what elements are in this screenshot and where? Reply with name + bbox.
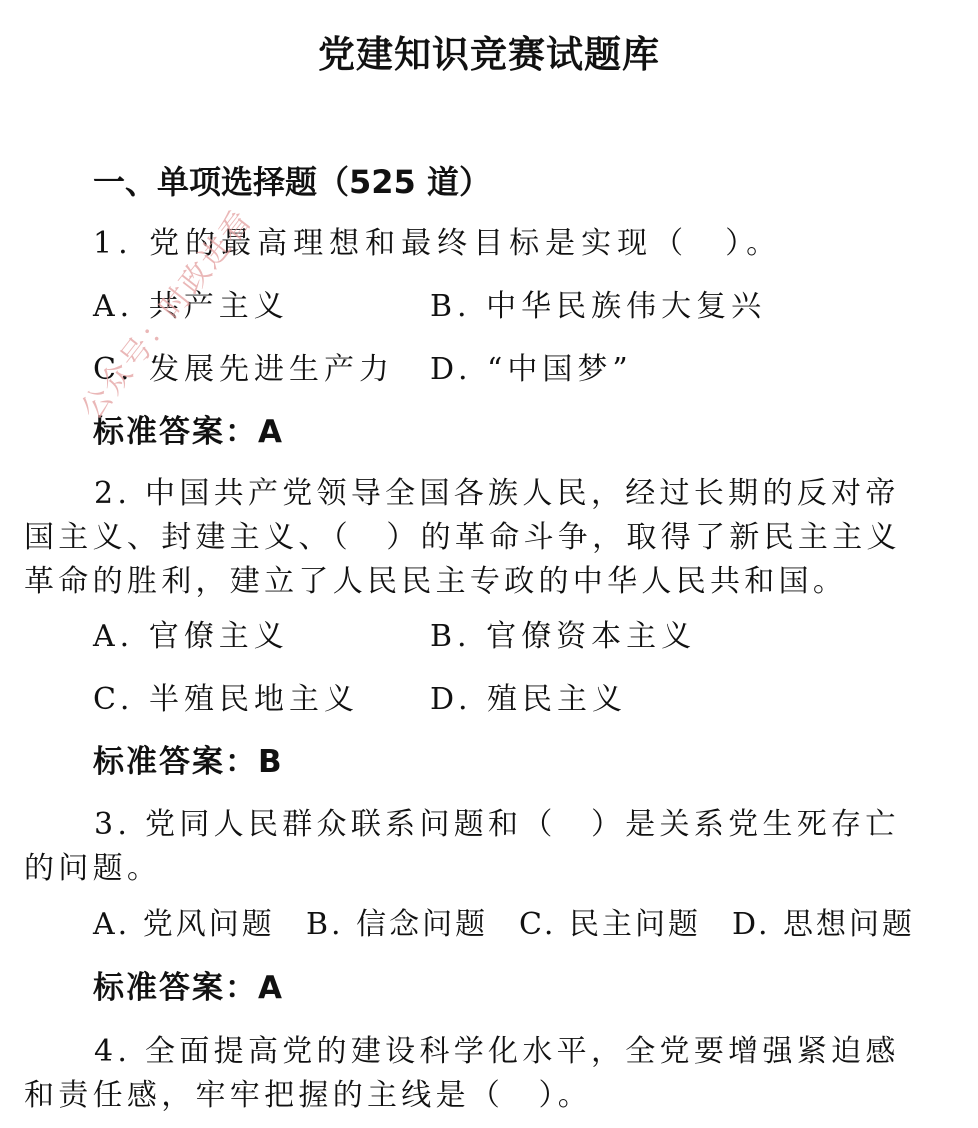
question-3-answer: 标准答案：A [93, 968, 284, 1008]
question-3-option-b: B. 信念问题 [306, 905, 488, 945]
question-1-answer: 标准答案：A [93, 412, 284, 452]
question-3-option-d: D. 思想问题 [732, 905, 915, 945]
question-2-option-d: D. 殖民主义 [430, 680, 627, 720]
document-page: 党建知识竞赛试题库 一、单项选择题（525 道） 1. 党的最高理想和最终目标是… [0, 0, 978, 1128]
section-heading-single-choice: 一、单项选择题（525 道） [93, 160, 491, 204]
question-4-text: 4. 全面提高党的建设科学化水平，全党要增强紧迫感和责任感，牢牢把握的主线是（ … [24, 1030, 914, 1118]
question-2-answer: 标准答案：B [93, 742, 284, 782]
question-1-option-b: B. 中华民族伟大复兴 [430, 287, 766, 327]
question-2-option-c: C. 半殖民地主义 [93, 680, 359, 720]
question-1-option-a: A. 共产主义 [93, 287, 289, 327]
question-2-option-a: A. 官僚主义 [93, 617, 289, 657]
question-1-option-c: C. 发展先进生产力 [93, 350, 394, 390]
question-3-option-c: C. 民主问题 [519, 905, 701, 945]
question-3-option-a: A. 党风问题 [93, 905, 275, 945]
question-2-text: 2. 中国共产党领导全国各族人民，经过长期的反对帝国主义、封建主义、（ ）的革命… [24, 472, 914, 604]
question-1-option-d: D. “中国梦” [430, 350, 633, 390]
question-1-text: 1. 党的最高理想和最终目标是实现（ ）。 [93, 224, 782, 264]
document-title: 党建知识竞赛试题库 [0, 30, 978, 80]
question-3-text: 3. 党同人民群众联系问题和（ ）是关系党生死存亡的问题。 [24, 803, 914, 891]
question-2-option-b: B. 官僚资本主义 [430, 617, 696, 657]
